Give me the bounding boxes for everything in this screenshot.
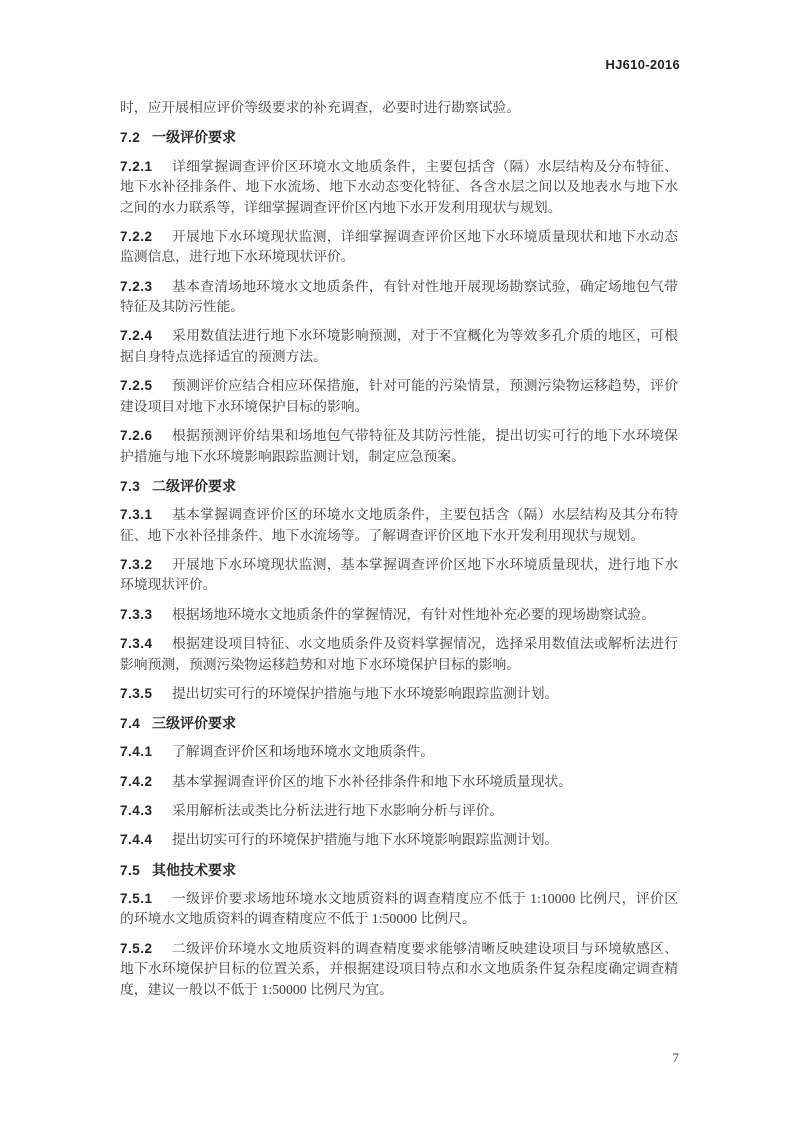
text-line: 提出切实可行的环境保护措施与地下水环境影响跟踪监测计划。: [172, 686, 558, 701]
text-line: 提出切实可行的环境保护措施与地下水环境影响跟踪监测计划。: [172, 832, 558, 847]
clause-7-2-5: 7.2.5预测评价应结合相应环保措施，针对可能的污染情景，预测污染物运移趋势，评…: [120, 376, 678, 417]
text-line: 一级评价要求场地环境水文地质资料的调查精度应不低于 1:10000 比例尺，评价…: [172, 889, 678, 910]
clause-number: 7.2.4: [120, 326, 172, 347]
text-line: 的环境水文地质资料的调查精度应不低于 1:50000 比例尺。: [120, 909, 678, 930]
clause-7-2-3: 7.2.3基本查清场地环境水文地质条件，有针对性地开展现场勘察试验，确定场地包气…: [120, 277, 678, 318]
section-number: 7.2: [120, 128, 152, 149]
clause-7-4-2: 7.4.2基本掌握调查评价区的地下水补径排条件和地下水环境质量现状。: [120, 772, 678, 793]
clause-number: 7.3.2: [120, 555, 172, 576]
clause-number: 7.3.1: [120, 505, 172, 526]
clause-number: 7.3.4: [120, 634, 172, 655]
section-title: 三级评价要求: [152, 715, 236, 731]
text-line: 了解调查评价区和场地环境水文地质条件。: [172, 744, 434, 759]
text-line: 征、地下水补径排条件、地下水流场等。了解调查评价区地下水开发利用现状与规划。: [120, 526, 678, 547]
clause-7-4-1: 7.4.1了解调查评价区和场地环境水文地质条件。: [120, 742, 678, 763]
clause-number: 7.2.1: [120, 157, 172, 178]
text-line: 基本掌握调查评价区的地下水补径排条件和地下水环境质量现状。: [172, 774, 572, 789]
clause-number: 7.4.2: [120, 772, 172, 793]
text-line: 详细掌握调查评价区环境水文地质条件，主要包括含（隔）水层结构及分布特征、: [172, 157, 678, 178]
text-line: 基本掌握调查评价区的环境水文地质条件，主要包括含（隔）水层结构及其分布特: [172, 505, 678, 526]
clause-number: 7.2.5: [120, 376, 172, 397]
text-line: 采用数值法进行地下水环境影响预测，对于不宜概化为等效多孔介质的地区，可根: [172, 326, 678, 347]
clause-7-4-3: 7.4.3采用解析法或类比分析法进行地下水影响分析与评价。: [120, 801, 678, 822]
clause-number: 7.5.1: [120, 889, 172, 910]
text-line: 度，建议一般以不低于 1:50000 比例尺为宜。: [120, 980, 678, 1001]
text-line: 根据场地环境水文地质条件的掌握情况，有针对性地补充必要的现场勘察试验。: [172, 607, 655, 622]
page-number: 7: [673, 1050, 680, 1066]
clause-7-3-4: 7.3.4根据建设项目特征、水文地质条件及资料掌握情况，选择采用数值法或解析法进…: [120, 634, 678, 675]
clause-7-2-1: 7.2.1详细掌握调查评价区环境水文地质条件，主要包括含（隔）水层结构及分布特征…: [120, 157, 678, 219]
clause-number: 7.2.3: [120, 277, 172, 298]
section-heading-7-5: 7.5其他技术要求: [120, 860, 678, 881]
text-line: 地下水补径排条件、地下水流场、地下水动态变化特征、各含水层之间以及地表水与地下水: [120, 177, 678, 198]
clause-number: 7.5.2: [120, 939, 172, 960]
section-heading-7-3: 7.3二级评价要求: [120, 476, 678, 497]
clause-7-2-4: 7.2.4采用数值法进行地下水环境影响预测，对于不宜概化为等效多孔介质的地区，可…: [120, 326, 678, 367]
text-line: 采用解析法或类比分析法进行地下水影响分析与评价。: [172, 803, 503, 818]
document-body: 时，应开展相应评价等级要求的补充调查，必要时进行勘察试验。 7.2一级评价要求 …: [120, 98, 678, 1000]
text-line: 根据建设项目特征、水文地质条件及资料掌握情况，选择采用数值法或解析法进行: [172, 634, 678, 655]
text-line: 根据预测评价结果和场地包气带特征及其防污性能，提出切实可行的地下水环境保: [172, 426, 678, 447]
text-line: 护措施与地下水环境影响跟踪监测计划，制定应急预案。: [120, 447, 678, 468]
section-title: 其他技术要求: [152, 862, 236, 878]
text-line: 环境现状评价。: [120, 575, 678, 596]
text-line: 预测评价应结合相应环保措施，针对可能的污染情景，预测污染物运移趋势，评价: [172, 376, 678, 397]
clause-7-3-5: 7.3.5提出切实可行的环境保护措施与地下水环境影响跟踪监测计划。: [120, 684, 678, 705]
clause-number: 7.2.6: [120, 426, 172, 447]
clause-number: 7.3.3: [120, 605, 172, 626]
clause-7-3-2: 7.3.2开展地下水环境现状监测，基本掌握调查评价区地下水环境质量现状，进行地下…: [120, 555, 678, 596]
section-title: 一级评价要求: [152, 129, 236, 145]
text-line: 地下水环境保护目标的位置关系，并根据建设项目特点和水文地质条件复杂程度确定调查精: [120, 959, 678, 980]
text-line: 特征及其防污性能。: [120, 297, 678, 318]
clause-7-2-2: 7.2.2开展地下水环境现状监测，详细掌握调查评价区地下水环境质量现状和地下水动…: [120, 227, 678, 268]
clause-7-4-4: 7.4.4提出切实可行的环境保护措施与地下水环境影响跟踪监测计划。: [120, 830, 678, 851]
document-id-header: HJ610-2016: [605, 57, 680, 72]
text-line: 开展地下水环境现状监测，基本掌握调查评价区地下水环境质量现状，进行地下水: [172, 555, 678, 576]
section-title: 二级评价要求: [152, 478, 236, 494]
clause-number: 7.4.4: [120, 830, 172, 851]
text-line: 据自身特点选择适宜的预测方法。: [120, 347, 678, 368]
clause-number: 7.2.2: [120, 227, 172, 248]
clause-number: 7.4.3: [120, 801, 172, 822]
clause-7-5-2: 7.5.2二级评价环境水文地质资料的调查精度要求能够清晰反映建设项目与环境敏感区…: [120, 939, 678, 1001]
continuation-paragraph: 时，应开展相应评价等级要求的补充调查，必要时进行勘察试验。: [120, 98, 678, 119]
section-heading-7-2: 7.2一级评价要求: [120, 127, 678, 148]
text-line: 二级评价环境水文地质资料的调查精度要求能够清晰反映建设项目与环境敏感区、: [172, 939, 678, 960]
text-line: 建设项目对地下水环境保护目标的影响。: [120, 397, 678, 418]
clause-7-3-1: 7.3.1基本掌握调查评价区的环境水文地质条件，主要包括含（隔）水层结构及其分布…: [120, 505, 678, 546]
text-line: 时，应开展相应评价等级要求的补充调查，必要时进行勘察试验。: [120, 98, 678, 119]
section-number: 7.4: [120, 714, 152, 735]
section-number: 7.3: [120, 477, 152, 498]
clause-7-5-1: 7.5.1一级评价要求场地环境水文地质资料的调查精度应不低于 1:10000 比…: [120, 889, 678, 930]
clause-number: 7.4.1: [120, 742, 172, 763]
clause-7-3-3: 7.3.3根据场地环境水文地质条件的掌握情况，有针对性地补充必要的现场勘察试验。: [120, 605, 678, 626]
clause-number: 7.3.5: [120, 684, 172, 705]
clause-7-2-6: 7.2.6根据预测评价结果和场地包气带特征及其防污性能，提出切实可行的地下水环境…: [120, 426, 678, 467]
text-line: 之间的水力联系等，详细掌握调查评价区内地下水开发利用现状与规划。: [120, 198, 678, 219]
text-line: 基本查清场地环境水文地质条件，有针对性地开展现场勘察试验，确定场地包气带: [172, 277, 678, 298]
text-line: 开展地下水环境现状监测，详细掌握调查评价区地下水环境质量现状和地下水动态: [172, 227, 678, 248]
text-line: 监测信息，进行地下水环境现状评价。: [120, 247, 678, 268]
section-heading-7-4: 7.4三级评价要求: [120, 713, 678, 734]
section-number: 7.5: [120, 861, 152, 882]
text-line: 影响预测，预测污染物运移趋势和对地下水环境保护目标的影响。: [120, 655, 678, 676]
